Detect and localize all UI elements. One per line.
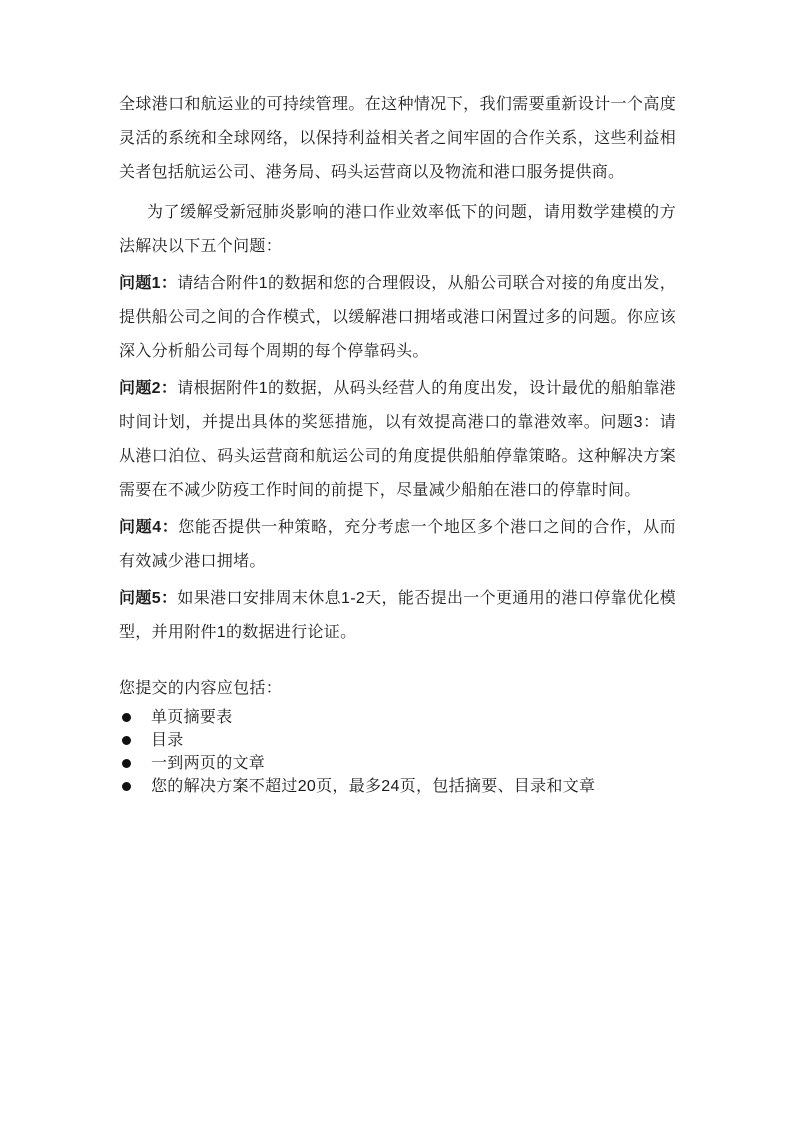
question-5-paragraph: 问题5：如果港口安排周末休息1-2天，能否提出一个更通用的港口停靠优化模型，并用… [119,582,676,650]
list-item: 您的解决方案不超过20页，最多24页，包括摘要、目录和文章 [119,775,676,798]
task-overview-paragraph: 为了缓解受新冠肺炎影响的港口作业效率低下的问题，请用数学建模的方法解决以下五个问… [119,196,676,264]
question-5-label: 问题5： [119,590,177,607]
document-page: 全球港口和航运业的可持续管理。在这种情况下，我们需要重新设计一个高度灵活的系统和… [0,0,794,1123]
question-2-paragraph: 问题2：请根据附件1的数据，从码头经营人的角度出发，设计最优的船舶靠港时间计划，… [119,372,676,508]
question-1-label: 问题1： [119,275,177,292]
bullet-icon [122,713,131,722]
bullet-icon [122,782,131,791]
list-item: 目录 [119,729,676,752]
submission-list: 单页摘要表 目录 一到两页的文章 您的解决方案不超过20页，最多24页，包括摘要… [119,706,676,798]
list-item: 一到两页的文章 [119,752,676,775]
bullet-icon [122,736,131,745]
question-2-label: 问题2： [119,380,177,397]
question-4-label: 问题4： [119,519,178,536]
question-5-text: 如果港口安排周末休息1-2天，能否提出一个更通用的港口停靠优化模型，并用附件1的… [119,590,676,641]
document-content: 全球港口和航运业的可持续管理。在这种情况下，我们需要重新设计一个高度灵活的系统和… [119,88,676,798]
submission-heading: 您提交的内容应包括： [119,676,676,702]
list-item-text: 一到两页的文章 [151,752,265,775]
question-1-paragraph: 问题1：请结合附件1的数据和您的合理假设，从船公司联合对接的角度出发，提供船公司… [119,267,676,369]
list-item-text: 目录 [151,729,184,752]
intro-paragraph: 全球港口和航运业的可持续管理。在这种情况下，我们需要重新设计一个高度灵活的系统和… [119,88,676,190]
question-4-paragraph: 问题4：您能否提供一种策略，充分考虑一个地区多个港口之间的合作，从而有效减少港口… [119,511,676,579]
list-item: 单页摘要表 [119,706,676,729]
question-4-text: 您能否提供一种策略，充分考虑一个地区多个港口之间的合作，从而有效减少港口拥堵。 [119,519,676,570]
bullet-icon [122,759,131,768]
list-item-text: 单页摘要表 [151,706,233,729]
question-1-text: 请结合附件1的数据和您的合理假设，从船公司联合对接的角度出发，提供船公司之间的合… [119,275,676,360]
list-item-text: 您的解决方案不超过20页，最多24页，包括摘要、目录和文章 [151,775,595,798]
question-2-text: 请根据附件1的数据，从码头经营人的角度出发，设计最优的船舶靠港时间计划，并提出具… [119,380,676,499]
